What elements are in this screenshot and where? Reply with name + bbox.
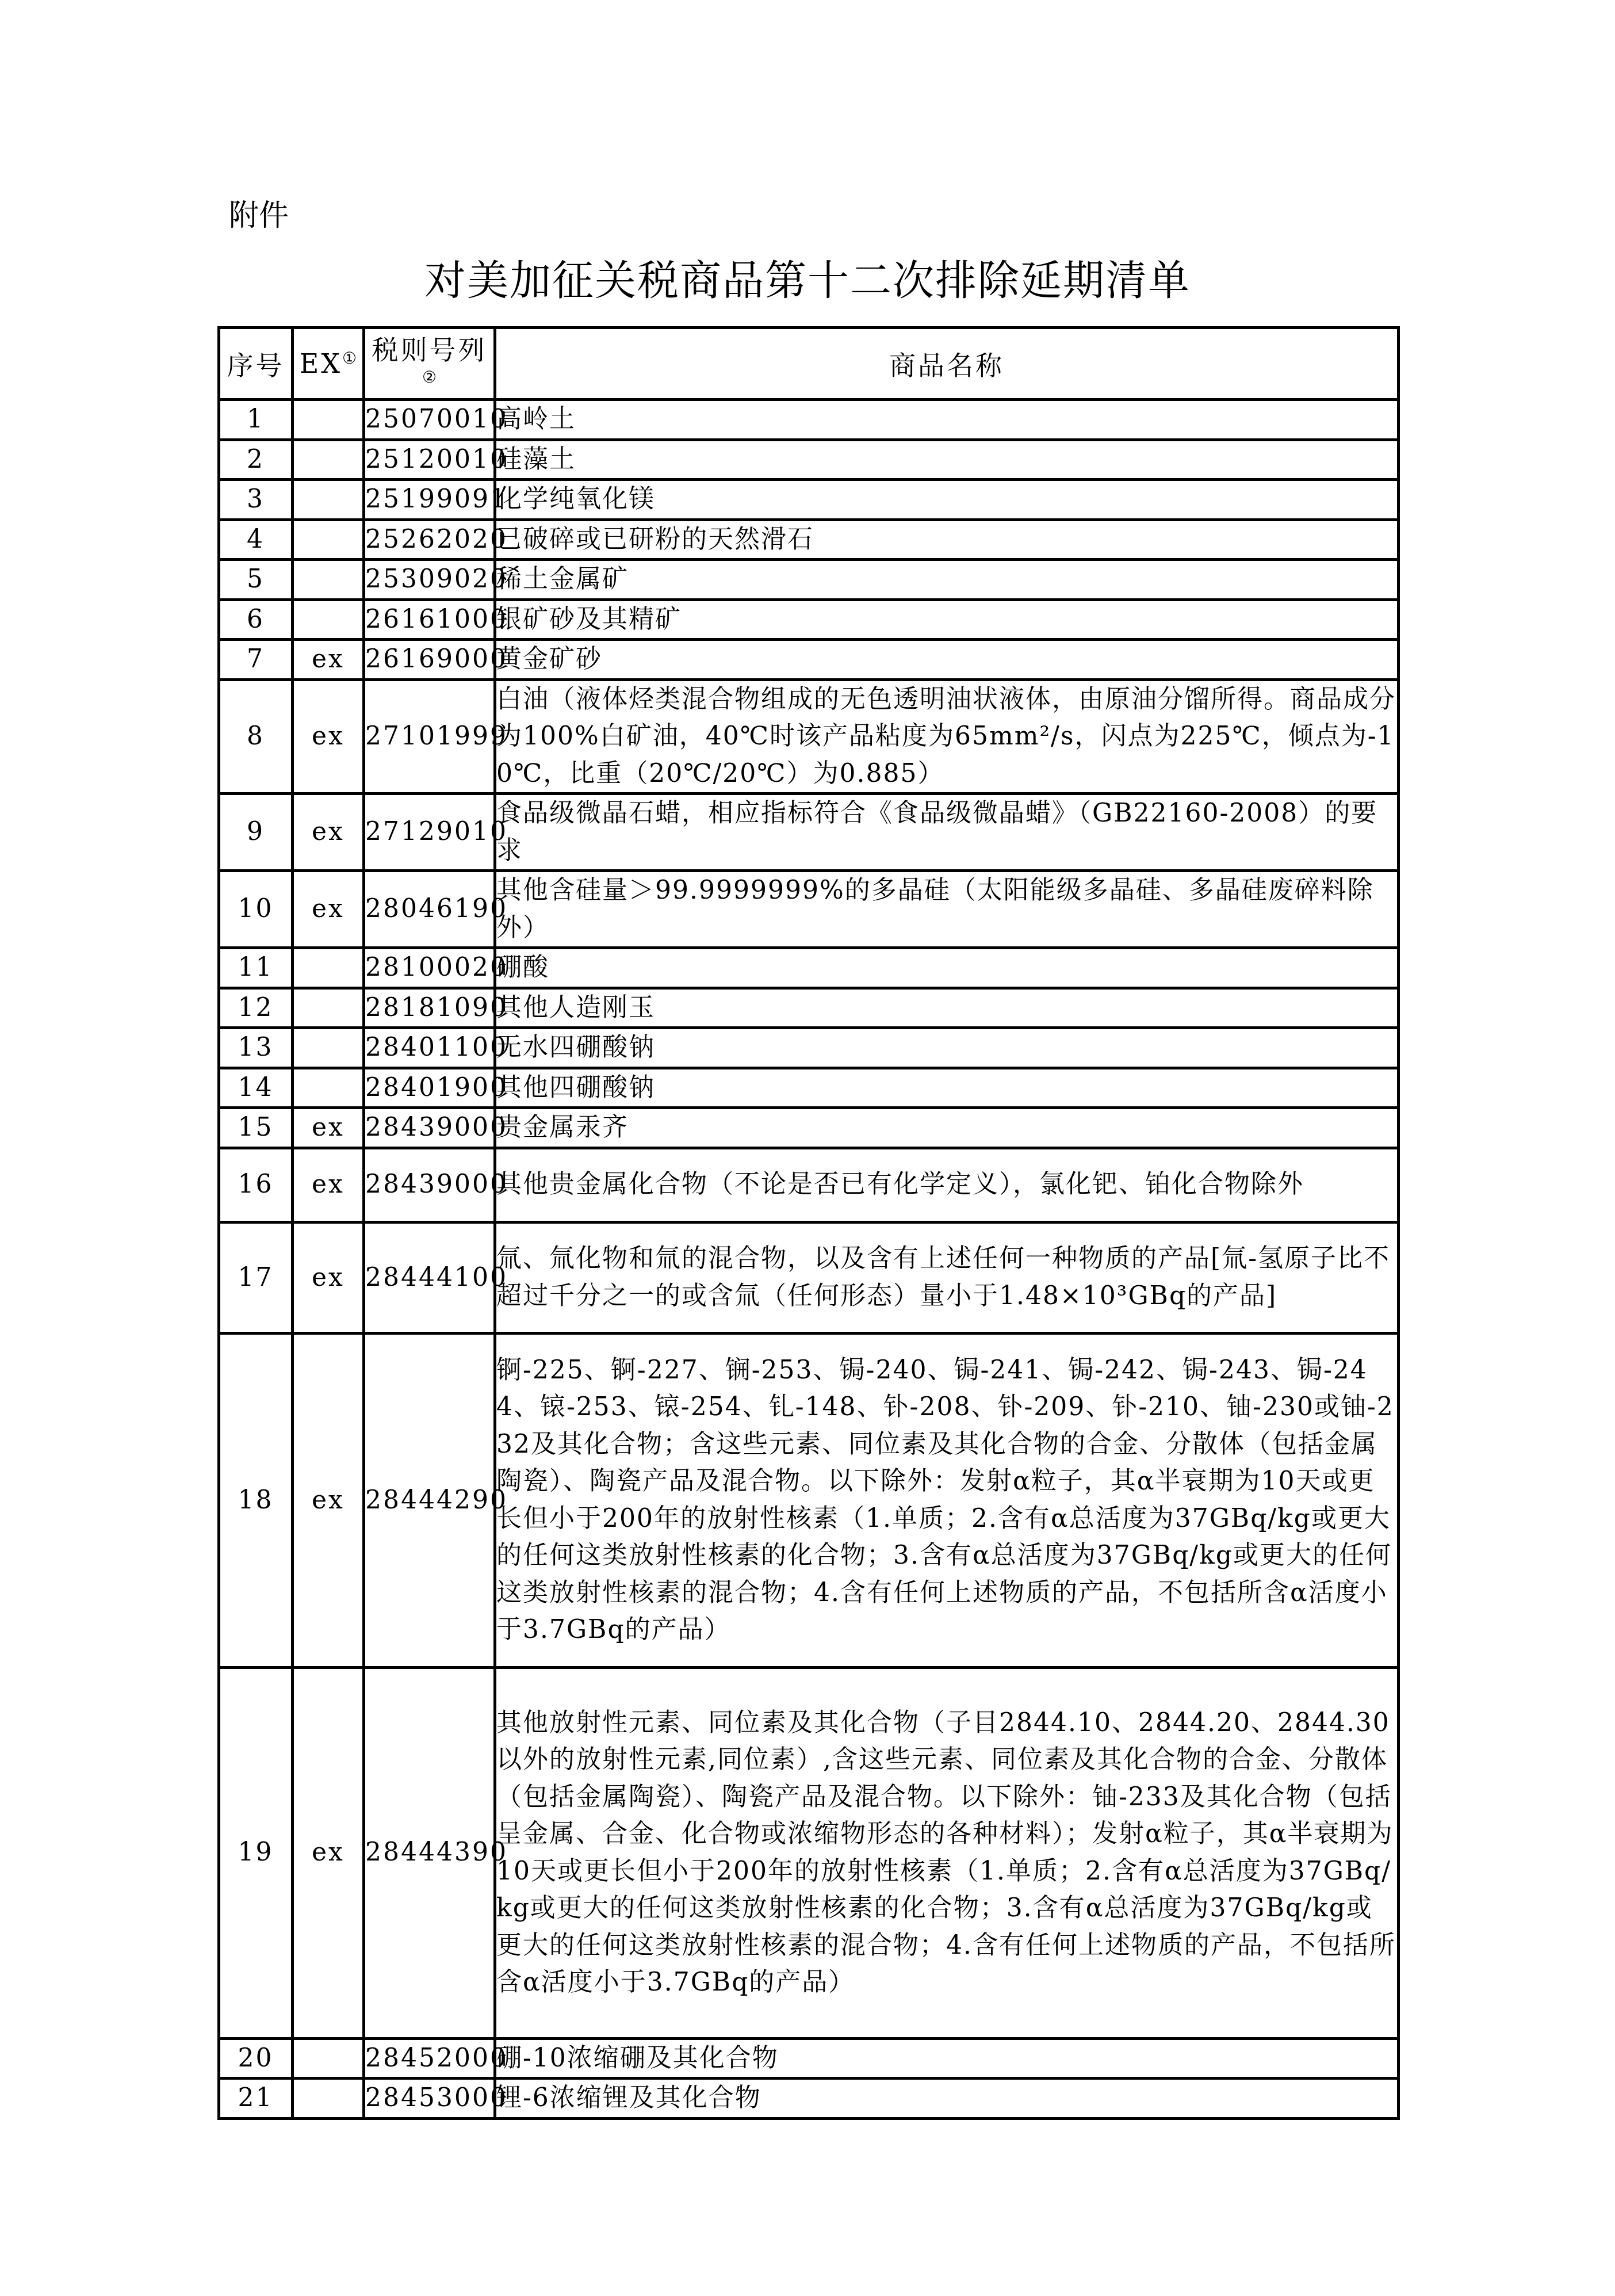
tariff-code: 28444100 <box>364 1222 495 1334</box>
ex-flag <box>293 2079 364 2119</box>
ex-flag: ex <box>293 1148 364 1222</box>
product-name: 锕-225、锕-227、锎-253、锔-240、锔-241、锔-242、锔-24… <box>495 1334 1399 1668</box>
ex-flag <box>293 599 364 640</box>
page-title: 对美加征关税商品第十二次排除延期清单 <box>0 254 1615 306</box>
tariff-code: 25309020 <box>364 560 495 600</box>
table-row: 1228181090其他人造刚玉 <box>219 988 1399 1028</box>
attachment-label: 附件 <box>229 198 289 233</box>
table-row: 9ex27129010食品级微晶石蜡，相应指标符合《食品级微晶蜡》（GB2216… <box>219 794 1399 871</box>
ex-flag: ex <box>293 794 364 871</box>
row-number: 18 <box>219 1334 293 1668</box>
ex-flag <box>293 1028 364 1068</box>
row-number: 2 <box>219 440 293 480</box>
table-row: 19ex28444390其他放射性元素、同位素及其化合物（子目2844.10、2… <box>219 1667 1399 2038</box>
ex-flag <box>293 560 364 600</box>
tariff-code: 28439000 <box>364 1148 495 1222</box>
header-ex: EX① <box>293 328 364 400</box>
table-row: 1428401900其他四硼酸钠 <box>219 1068 1399 1108</box>
table-row: 15ex28439000贵金属汞齐 <box>219 1108 1399 1148</box>
tariff-code: 28452000 <box>364 2038 495 2079</box>
product-name: 其他四硼酸钠 <box>495 1068 1399 1108</box>
product-name: 贵金属汞齐 <box>495 1108 1399 1148</box>
table-row: 325199091化学纯氧化镁 <box>219 480 1399 520</box>
table-row: 18ex28444290锕-225、锕-227、锎-253、锔-240、锔-24… <box>219 1334 1399 1668</box>
tariff-code: 27129010 <box>364 794 495 871</box>
row-number: 13 <box>219 1028 293 1068</box>
row-number: 16 <box>219 1148 293 1222</box>
tariff-code: 28439000 <box>364 1108 495 1148</box>
tariff-code: 28444390 <box>364 1667 495 2038</box>
row-number: 7 <box>219 640 293 680</box>
ex-flag: ex <box>293 871 364 948</box>
product-name: 化学纯氧化镁 <box>495 480 1399 520</box>
ex-flag <box>293 2038 364 2079</box>
table-body: 125070010高岭土225120010硅藻土325199091化学纯氧化镁4… <box>219 400 1399 2119</box>
tariff-code: 28401900 <box>364 1068 495 1108</box>
header-product-name: 商品名称 <box>495 328 1399 400</box>
row-number: 4 <box>219 519 293 560</box>
table-row: 425262020已破碎或已研粉的天然滑石 <box>219 519 1399 560</box>
row-number: 20 <box>219 2038 293 2079</box>
tariff-code: 28401100 <box>364 1028 495 1068</box>
table-row: 225120010硅藻土 <box>219 440 1399 480</box>
row-number: 14 <box>219 1068 293 1108</box>
row-number: 9 <box>219 794 293 871</box>
ex-flag: ex <box>293 640 364 680</box>
row-number: 10 <box>219 871 293 948</box>
row-number: 21 <box>219 2079 293 2119</box>
table-header-row: 序号 EX① 税则号列② 商品名称 <box>219 328 1399 400</box>
product-name: 硼-10浓缩硼及其化合物 <box>495 2038 1399 2079</box>
table-row: 2128453000锂-6浓缩锂及其化合物 <box>219 2079 1399 2119</box>
product-name: 硼酸 <box>495 948 1399 988</box>
footnote-marker-1: ① <box>342 349 357 368</box>
tariff-code: 26161000 <box>364 599 495 640</box>
product-name: 无水四硼酸钠 <box>495 1028 1399 1068</box>
row-number: 1 <box>219 400 293 440</box>
table-row: 626161000银矿砂及其精矿 <box>219 599 1399 640</box>
ex-flag <box>293 440 364 480</box>
tariff-code: 28453000 <box>364 2079 495 2119</box>
header-no: 序号 <box>219 328 293 400</box>
product-name: 白油（液体烃类混合物组成的无色透明油状液体，由原油分馏所得。商品成分为100%白… <box>495 679 1399 794</box>
ex-flag: ex <box>293 679 364 794</box>
tariff-code: 28444290 <box>364 1334 495 1668</box>
table-row: 525309020稀土金属矿 <box>219 560 1399 600</box>
product-name: 其他贵金属化合物（不论是否已有化学定义），氯化钯、铂化合物除外 <box>495 1148 1399 1222</box>
product-name: 银矿砂及其精矿 <box>495 599 1399 640</box>
row-number: 3 <box>219 480 293 520</box>
product-name: 锂-6浓缩锂及其化合物 <box>495 2079 1399 2119</box>
product-name: 食品级微晶石蜡，相应指标符合《食品级微晶蜡》（GB22160-2008）的要求 <box>495 794 1399 871</box>
tariff-code: 25199091 <box>364 480 495 520</box>
footnote-marker-2: ② <box>422 368 437 387</box>
row-number: 12 <box>219 988 293 1028</box>
table-row: 1328401100无水四硼酸钠 <box>219 1028 1399 1068</box>
tariff-code: 27101999 <box>364 679 495 794</box>
product-name: 高岭土 <box>495 400 1399 440</box>
exclusion-list-table: 序号 EX① 税则号列② 商品名称 125070010高岭土225120010硅… <box>217 326 1400 2120</box>
row-number: 17 <box>219 1222 293 1334</box>
table-row: 1128100020硼酸 <box>219 948 1399 988</box>
product-name: 其他含硅量＞99.9999999%的多晶硅（太阳能级多晶硅、多晶硅废碎料除外） <box>495 871 1399 948</box>
row-number: 6 <box>219 599 293 640</box>
ex-flag <box>293 1068 364 1108</box>
ex-flag <box>293 400 364 440</box>
table-row: 125070010高岭土 <box>219 400 1399 440</box>
tariff-code: 28100020 <box>364 948 495 988</box>
product-name: 其他放射性元素、同位素及其化合物（子目2844.10、2844.20、2844.… <box>495 1667 1399 2038</box>
ex-flag <box>293 480 364 520</box>
tariff-code: 25262020 <box>364 519 495 560</box>
product-name: 其他人造刚玉 <box>495 988 1399 1028</box>
tariff-code: 28181090 <box>364 988 495 1028</box>
tariff-code: 25070010 <box>364 400 495 440</box>
ex-flag: ex <box>293 1222 364 1334</box>
product-name: 硅藻土 <box>495 440 1399 480</box>
row-number: 15 <box>219 1108 293 1148</box>
product-name: 氚、氚化物和氚的混合物，以及含有上述任何一种物质的产品[氚-氢原子比不超过千分之… <box>495 1222 1399 1334</box>
row-number: 11 <box>219 948 293 988</box>
product-name: 稀土金属矿 <box>495 560 1399 600</box>
tariff-code: 28046190 <box>364 871 495 948</box>
product-name: 已破碎或已研粉的天然滑石 <box>495 519 1399 560</box>
table-row: 17ex28444100氚、氚化物和氚的混合物，以及含有上述任何一种物质的产品[… <box>219 1222 1399 1334</box>
ex-flag <box>293 519 364 560</box>
header-tariff-code: 税则号列② <box>364 328 495 400</box>
row-number: 8 <box>219 679 293 794</box>
ex-flag <box>293 988 364 1028</box>
ex-flag: ex <box>293 1108 364 1148</box>
product-name: 黄金矿砂 <box>495 640 1399 680</box>
table-row: 16ex28439000其他贵金属化合物（不论是否已有化学定义），氯化钯、铂化合… <box>219 1148 1399 1222</box>
ex-flag <box>293 948 364 988</box>
row-number: 5 <box>219 560 293 600</box>
table-row: 7ex26169000黄金矿砂 <box>219 640 1399 680</box>
tariff-code: 26169000 <box>364 640 495 680</box>
row-number: 19 <box>219 1667 293 2038</box>
table-row: 2028452000硼-10浓缩硼及其化合物 <box>219 2038 1399 2079</box>
ex-flag: ex <box>293 1667 364 2038</box>
tariff-code: 25120010 <box>364 440 495 480</box>
ex-flag: ex <box>293 1334 364 1668</box>
table-row: 8ex27101999白油（液体烃类混合物组成的无色透明油状液体，由原油分馏所得… <box>219 679 1399 794</box>
table-row: 10ex28046190其他含硅量＞99.9999999%的多晶硅（太阳能级多晶… <box>219 871 1399 948</box>
